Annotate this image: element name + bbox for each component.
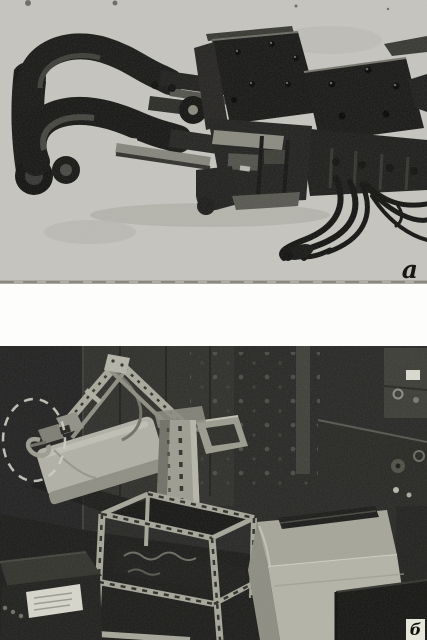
figure-a-photo: а: [0, 0, 427, 284]
halftone-grain: [0, 0, 427, 284]
gripper-mechanism-photo: [0, 0, 427, 284]
film-grain: [0, 346, 427, 640]
figure-a-label: а: [402, 257, 418, 282]
figure-b-photo: б: [0, 346, 427, 640]
robot-arm-lab-photo: [0, 346, 427, 640]
scanned-page: а: [0, 0, 427, 640]
figure-b-label: б: [406, 619, 425, 640]
